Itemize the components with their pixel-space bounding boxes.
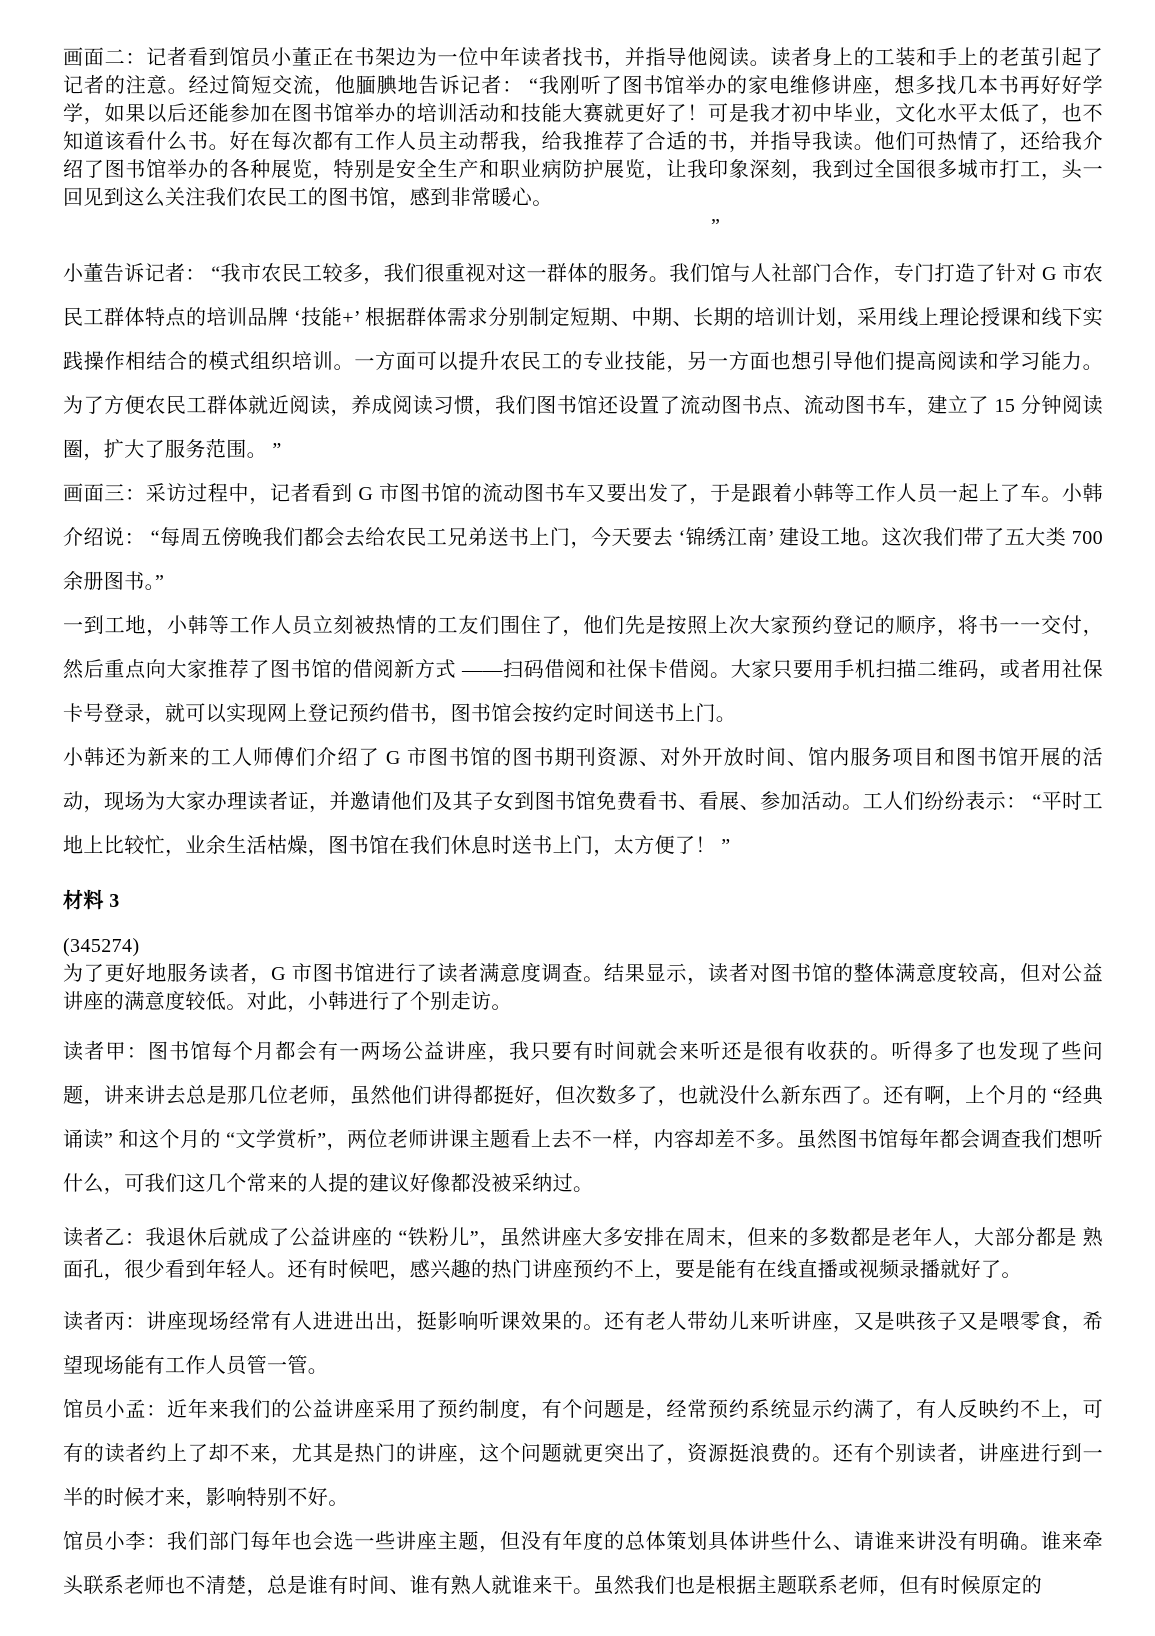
paragraph-satisfaction-survey: 为了更好地服务读者，G 市图书馆进行了读者满意度调查。结果显示，读者对图书馆的整… (63, 960, 1103, 1016)
paragraph-librarian-dong-quote: 小董告诉记者： “我市农民工较多，我们很重视对这一群体的服务。我们馆与人社部门合… (63, 252, 1103, 472)
paragraph-reader-yi: 读者乙：我退休后就成了公益讲座的 “铁粉儿”，虽然讲座大多安排在周末，但来的多数… (63, 1222, 1103, 1286)
document-number: (345274) (63, 932, 1103, 960)
document-page: 画面二：记者看到馆员小董正在书架边为一位中年读者找书，并指导他阅读。读者身上的工… (0, 0, 1155, 1636)
paragraph-reader-jia: 读者甲：图书馆每个月都会有一两场公益讲座，我只要有时间就会来听还是很有收获的。听… (63, 1030, 1103, 1206)
paragraph-staff-meng: 馆员小孟：近年来我们的公益讲座采用了预约制度，有个问题是，经常预约系统显示约满了… (63, 1388, 1103, 1520)
paragraph-worksite-delivery: 一到工地，小韩等工作人员立刻被热情的工友们围住了，他们先是按照上次大家预约登记的… (63, 604, 1103, 736)
paragraph-reader-bing: 读者丙：讲座现场经常有人进进出出，挺影响听课效果的。还有老人带幼儿来听讲座，又是… (63, 1300, 1103, 1388)
material-3-heading: 材料 3 (63, 886, 1103, 916)
dangling-close-quote: ” (63, 212, 1103, 240)
paragraph-scene-two: 画面二：记者看到馆员小董正在书架边为一位中年读者找书，并指导他阅读。读者身上的工… (63, 44, 1103, 212)
paragraph-xiaohan-introduction: 小韩还为新来的工人师傅们介绍了 G 市图书馆的图书期刊资源、对外开放时间、馆内服… (63, 736, 1103, 868)
paragraph-staff-li: 馆员小李：我们部门每年也会选一些讲座主题，但没有年度的总体策划具体讲些什么、请谁… (63, 1520, 1103, 1608)
paragraph-scene-three: 画面三：采访过程中，记者看到 G 市图书馆的流动图书车又要出发了，于是跟着小韩等… (63, 472, 1103, 604)
